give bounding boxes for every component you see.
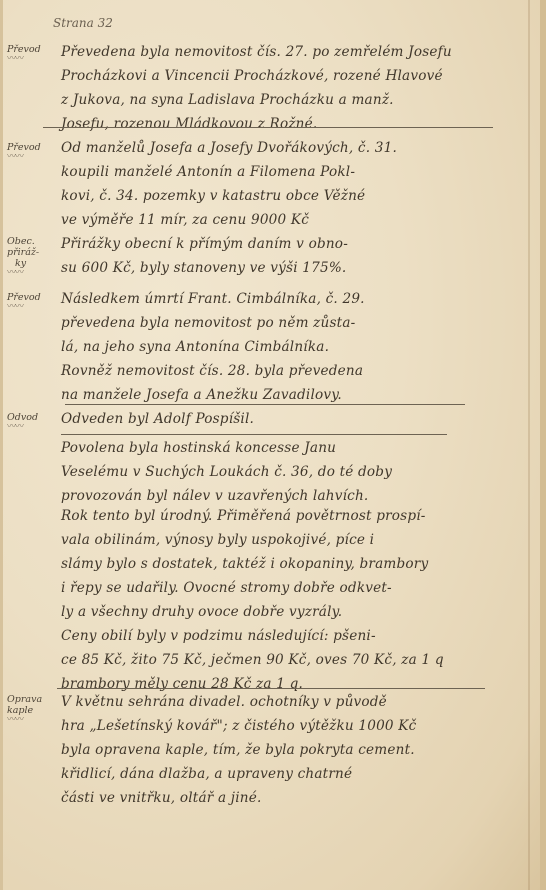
entry-purchase-land: Od manželů Josefa a Josefy Dvořákových, …: [61, 136, 501, 232]
text-line: křidlicí, dána dlažba, a upraveny chatrn…: [61, 762, 501, 786]
text-line: Rok tento byl úrodný. Přiměřená povětrno…: [61, 504, 501, 528]
text-line: slámy bylo s dostatek, taktéž i okopanin…: [61, 552, 501, 576]
margin-note-obecni-prirazky: Obec. přiráž- ky 〰〰: [7, 236, 53, 276]
text-line: Rovněž nemovitost čís. 28. byla převeden…: [61, 359, 501, 383]
text-line: byla opravena kaple, tím, že byla pokryt…: [61, 738, 501, 762]
squiggle-underline-icon: 〰〰: [7, 717, 53, 723]
ledger-page: Strana 32 Převod 〰〰 Převedena byla nemov…: [0, 0, 546, 890]
entry-inn-concession: Povolena byla hostinská koncesse Janu Ve…: [61, 436, 501, 508]
divider-rule: [65, 404, 465, 405]
text-line: Přirážky obecní k přímým daním v obno-: [61, 232, 501, 256]
margin-label: Obec.: [7, 236, 53, 247]
text-line: Veselému v Suchých Loukách č. 36, do té …: [61, 460, 501, 484]
text-line: V květnu sehrána divadel. ochotníky v pů…: [61, 690, 501, 714]
margin-note-odvod: Odvod 〰〰: [7, 412, 53, 430]
entry-municipal-surcharges: Přirážky obecní k přímým daním v obno- s…: [61, 232, 501, 280]
text-line: Josefu, rozenou Mládkovou z Rožné.: [61, 112, 501, 136]
margin-note-oprava-kaple: Oprava kaple 〰〰: [7, 694, 53, 723]
margin-note-prevod: Převod 〰〰: [7, 142, 53, 160]
text-line: lá, na jeho syna Antonína Cimbálníka.: [61, 335, 501, 359]
divider-rule: [43, 127, 493, 128]
text-line: Procházkovi a Vincencii Procházkové, roz…: [61, 64, 501, 88]
text-line: z Jukova, na syna Ladislava Procházku a …: [61, 88, 501, 112]
text-line: i řepy se udařily. Ovocné stromy dobře o…: [61, 576, 501, 600]
squiggle-underline-icon: 〰〰: [7, 154, 53, 160]
text-line: kovi, č. 34. pozemky v katastru obce Věž…: [61, 184, 501, 208]
entry-chapel-repair: V květnu sehrána divadel. ochotníky v pů…: [61, 690, 501, 810]
margin-note-prevod: Převod 〰〰: [7, 44, 53, 62]
text-line: části ve vnitřku, oltář a jiné.: [61, 786, 501, 810]
margin-note-prevod: Převod 〰〰: [7, 292, 53, 310]
text-line: Odveden byl Adolf Pospíšil.: [61, 407, 501, 431]
text-line: koupili manželé Antonín a Filomena Pokl-: [61, 160, 501, 184]
divider-rule: [61, 434, 447, 435]
entry-transfer-27: Převedena byla nemovitost čís. 27. po ze…: [61, 40, 501, 136]
margin-label: přiráž-: [7, 247, 53, 258]
text-line: převedena byla nemovitost po něm zůsta-: [61, 311, 501, 335]
text-line: Od manželů Josefa a Josefy Dvořákových, …: [61, 136, 501, 160]
text-line: ve výměře 11 mír, za cenu 9000 Kč: [61, 208, 501, 232]
margin-label: Oprava: [7, 694, 53, 705]
text-line: ly a všechny druhy ovoce dobře vyzrály.: [61, 600, 501, 624]
text-line: Převedena byla nemovitost čís. 27. po ze…: [61, 40, 501, 64]
squiggle-underline-icon: 〰〰: [7, 424, 53, 430]
page-header: Strana 32: [53, 16, 113, 30]
entry-conscription: Odveden byl Adolf Pospíšil.: [61, 407, 501, 431]
text-line: hra „Lešetínský kovář"; z čistého výtěžk…: [61, 714, 501, 738]
entry-harvest-year: Rok tento byl úrodný. Přiměřená povětrno…: [61, 504, 501, 696]
squiggle-underline-icon: 〰〰: [7, 270, 53, 276]
text-line: vala obilinám, výnosy byly uspokojivé, p…: [61, 528, 501, 552]
squiggle-underline-icon: 〰〰: [7, 56, 53, 62]
text-line: Povolena byla hostinská koncesse Janu: [61, 436, 501, 460]
divider-rule: [57, 688, 485, 689]
text-line: su 600 Kč, byly stanoveny ve výši 175%.: [61, 256, 501, 280]
text-line: ce 85 Kč, žito 75 Kč, ječmen 90 Kč, oves…: [61, 648, 501, 672]
squiggle-underline-icon: 〰〰: [7, 304, 53, 310]
text-line: Ceny obilí byly v podzimu následující: p…: [61, 624, 501, 648]
entry-inheritance-cimbalnik: Následkem úmrtí Frant. Cimbálníka, č. 29…: [61, 287, 501, 407]
text-line: Následkem úmrtí Frant. Cimbálníka, č. 29…: [61, 287, 501, 311]
